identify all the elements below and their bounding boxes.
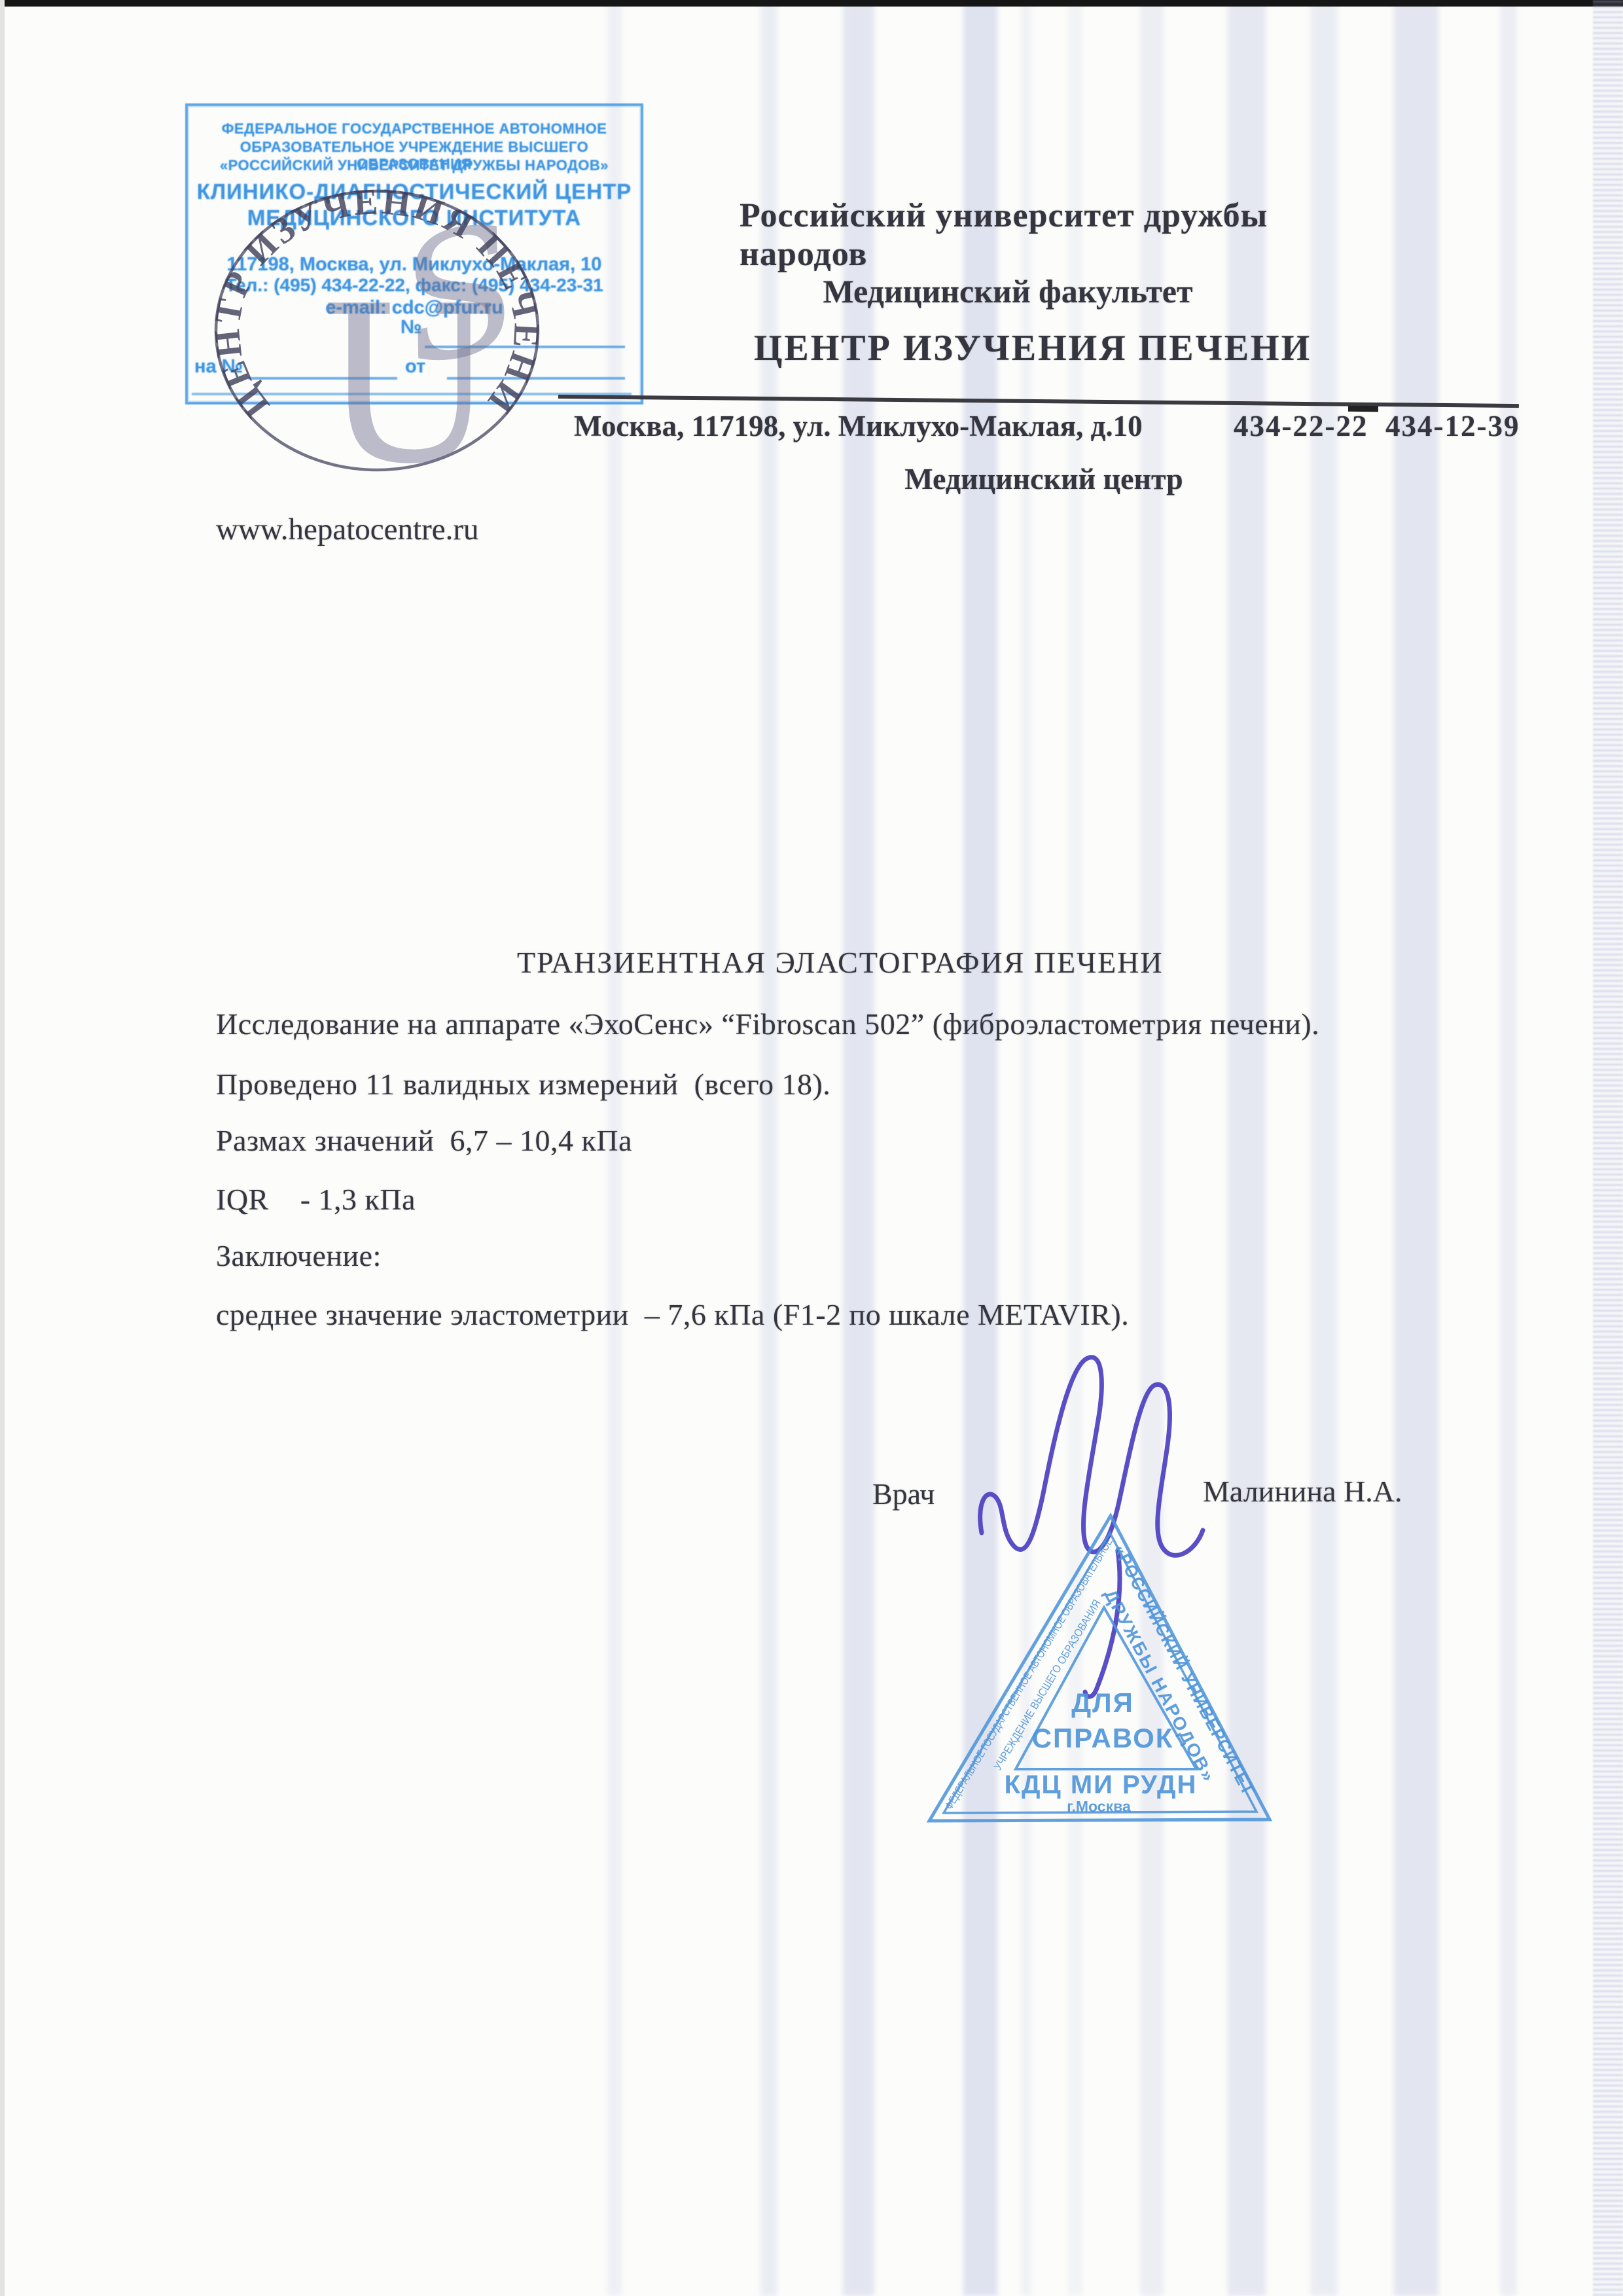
letterhead-address: Москва, 117198, ул. Миклухо-Маклая, д.10 xyxy=(574,409,1143,443)
triangle-stamp: ФЕДЕРАЛЬНОЕ ГОСУДАРСТВЕННОЕ АВТОНОМНОЕ О… xyxy=(911,1504,1291,1839)
report-title: ТРАНЗИЕНТНАЯ ЭЛАСТОГРАФИЯ ПЕЧЕНИ xyxy=(517,945,1164,980)
letterhead-faculty: Медицинский факультет xyxy=(823,272,1192,310)
scanned-report-page: ФЕДЕРАЛЬНОЕ ГОСУДАРСТВЕННОЕ АВТОНОМНОЕ О… xyxy=(0,0,1623,2296)
corner-stamp-org-line3: «РОССИЙСКИЙ УНИВЕРСИТЕТ ДРУЖБЫ НАРОДОВ» xyxy=(188,157,641,174)
report-device-line: Исследование на аппарате «ЭхоСенс» “Fibr… xyxy=(216,1007,1319,1041)
scan-streak xyxy=(1394,0,1438,2296)
report-measurements-line: Проведено 11 валидных измерений (всего 1… xyxy=(216,1067,830,1102)
scan-edge-top xyxy=(0,0,1623,7)
scan-edge-left xyxy=(0,0,5,2296)
letterhead-university: Российский университет дружбы народов xyxy=(740,196,1329,274)
report-iqr-line: IQR - 1,3 кПа xyxy=(216,1182,416,1217)
triangle-stamp-right-text-1: «РОССИЙСКИЙ УНИВЕРСИТЕТ xyxy=(1109,1541,1259,1799)
letterhead-org-type: Медицинский центр xyxy=(904,461,1183,496)
triangle-stamp-center-line4: г.Москва xyxy=(1067,1798,1131,1815)
report-conclusion-line: среднее значение эластометрии – 7,6 кПа … xyxy=(216,1297,1129,1332)
corner-stamp-org-line1: ФЕДЕРАЛЬНОЕ ГОСУДАРСТВЕННОЕ АВТОНОМНОЕ xyxy=(188,120,641,137)
scan-streak xyxy=(1500,0,1517,2296)
oval-seal: U S ЦЕНТР ИЗУЧЕНИЯ ПЕЧЕНИ xyxy=(213,188,541,473)
letterhead-website: www.hepatocentre.ru xyxy=(216,512,479,547)
triangle-stamp-center-line1: ДЛЯ xyxy=(1071,1687,1134,1718)
triangle-stamp-center-line2: СПРАВОК xyxy=(1032,1723,1174,1753)
letterhead-center-name: ЦЕНТР ИЗУЧЕНИЯ ПЕЧЕНИ xyxy=(754,327,1311,369)
scan-streak xyxy=(1310,0,1338,2296)
scan-edge-right xyxy=(1593,0,1623,2296)
report-conclusion-label: Заключение: xyxy=(216,1238,382,1273)
letterhead-phones: 434-22-22 434-12-39 xyxy=(1234,409,1520,443)
report-range-line: Размах значений 6,7 – 10,4 кПа xyxy=(216,1123,632,1158)
triangle-stamp-center-line3: КДЦ МИ РУДН xyxy=(1005,1770,1198,1799)
